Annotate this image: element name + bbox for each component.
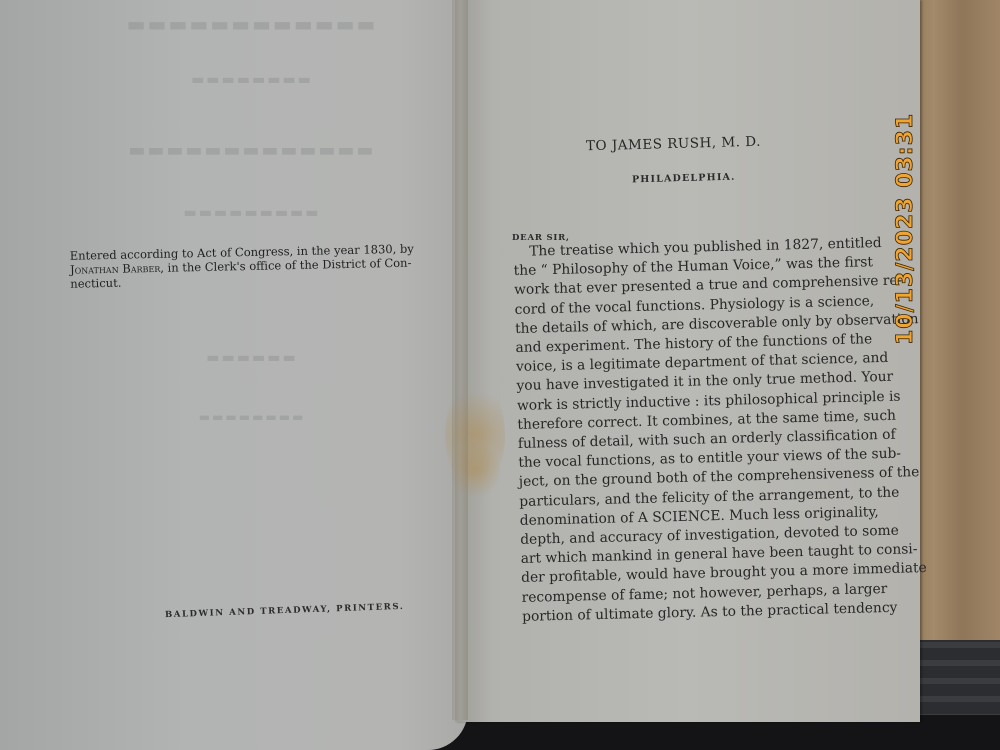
camera-date-timestamp: 10/13/2023 03:31: [893, 113, 918, 345]
copyright-holder-name: Jonathan Barber: [70, 261, 161, 277]
dedication-body-text: The treatise which you published in 1827…: [513, 234, 877, 627]
left-page: ▬▬▬▬▬▬▬▬▬▬▬▬ ▬▬▬▬▬▬▬▬ ▬▬▬▬▬▬▬▬▬▬▬▬▬ ▬▬▬▬…: [0, 0, 468, 750]
book-gutter: [452, 0, 468, 720]
copyright-line-3: necticut.: [70, 276, 121, 291]
bleed-through-text: ▬▬▬▬▬▬▬▬: [60, 72, 440, 88]
printer-imprint: BALDWIN AND TREADWAY, PRINTERS.: [165, 602, 405, 620]
bleed-through-text: ▬▬▬▬▬▬▬▬▬▬▬▬: [60, 12, 440, 36]
bleed-through-text: ▬▬▬▬▬▬▬▬▬▬▬▬▬: [60, 140, 440, 161]
bleed-through-text: ▬▬▬▬▬▬: [60, 350, 440, 366]
copyright-notice: Entered according to Act of Congress, in…: [70, 241, 431, 291]
bleed-through-text: ▬▬▬▬▬▬▬▬: [60, 410, 440, 424]
bleed-through-text: ▬▬▬▬▬▬▬▬▬: [60, 205, 440, 221]
